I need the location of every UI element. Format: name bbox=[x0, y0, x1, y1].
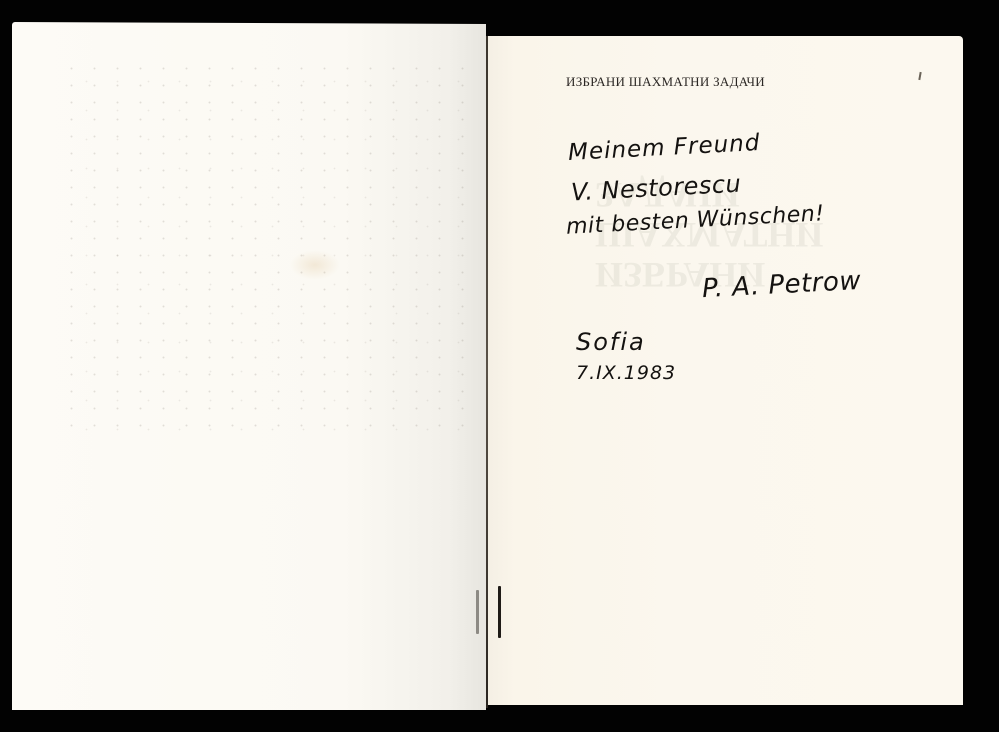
book-scan: ИЗБРАНИ ШАХМАТНИ ЗАДАЧИ ИЗБРАНИ ШАХМАТНИ… bbox=[0, 0, 999, 732]
inscription-place: Sofia bbox=[576, 328, 646, 356]
printed-title: ИЗБРАНИ ШАХМАТНИ ЗАДАЧИ bbox=[566, 74, 765, 90]
inscription-date: 7.IX.1983 bbox=[576, 362, 676, 384]
left-page-stain bbox=[290, 250, 340, 280]
staple-right-icon bbox=[498, 586, 501, 638]
staple-left-icon bbox=[476, 590, 479, 634]
left-page-speckles bbox=[60, 60, 480, 440]
book-gutter bbox=[486, 36, 488, 708]
